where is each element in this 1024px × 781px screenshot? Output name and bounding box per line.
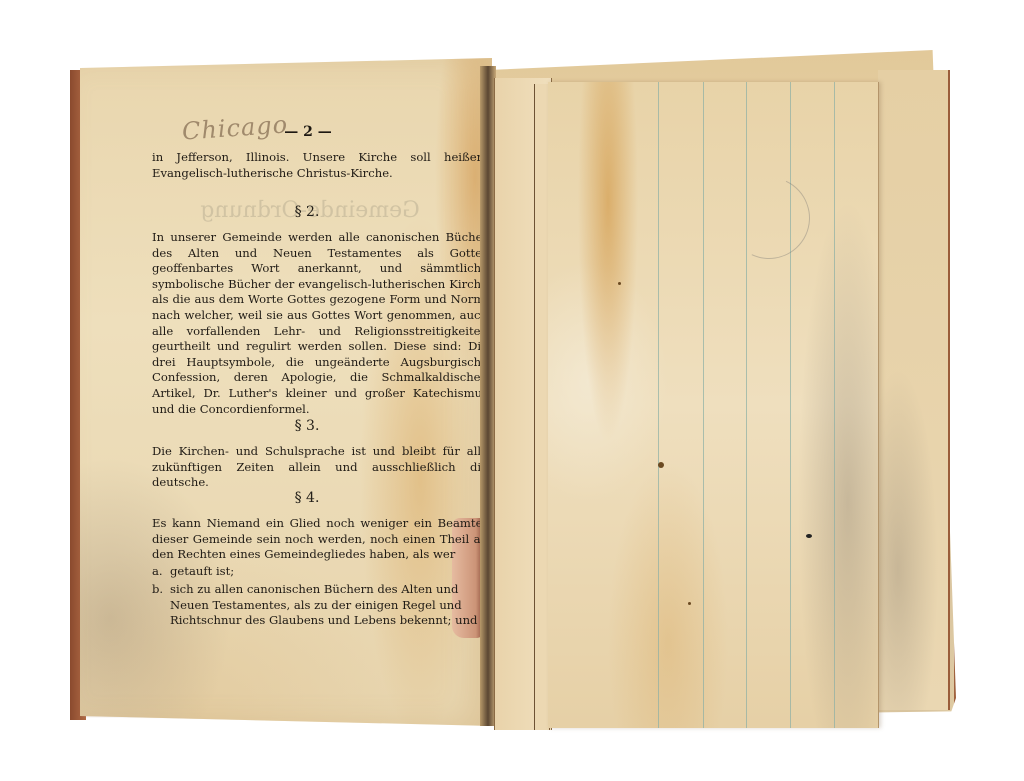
list-item: b. sich zu allen canonischen Büchern des… [152,582,488,629]
rule-line [658,82,659,728]
stain-spot [618,282,621,285]
pencil-mark [716,165,821,270]
page-number: — 2 — [268,124,348,140]
section-heading-3: § 3. [152,418,462,434]
section-2-text: In unserer Gemeinde werden alle canonisc… [152,230,488,417]
list-marker: b. [152,582,166,598]
section-3-body: Die Kirchen- und Schulsprache ist und bl… [152,444,488,491]
rule-line [746,82,747,728]
rule-line [834,82,835,728]
intro-text: in Jefferson, Illinois. Unsere Kirche so… [152,150,488,181]
list-text: getauft ist; [170,564,488,580]
section-heading-4: § 4. [152,490,462,506]
left-page: Gemeinde-Ordnung Chicago — 2 — in Jeffer… [80,58,492,726]
list-item: a. getauft ist; [152,564,488,580]
section-heading-2: § 2. [152,204,462,220]
right-outer-leaf [878,70,950,710]
section-2-body: In unserer Gemeinde werden alle canonisc… [152,230,488,417]
stain-spot [658,462,664,468]
open-booklet: Gemeinde-Ordnung Chicago — 2 — in Jeffer… [0,0,1024,781]
section-3-text: Die Kirchen- und Schulsprache ist und bl… [152,444,488,491]
list-text: sich zu allen canonischen Büchern des Al… [170,582,488,629]
right-ruled-page [548,82,879,728]
section-4-text: Es kann Niemand ein Glied noch weniger e… [152,516,488,563]
stain-spot [688,602,691,605]
section-4-body: Es kann Niemand ein Glied noch weniger e… [152,516,488,563]
rule-line [703,82,704,728]
list-marker: a. [152,564,166,580]
stain-spot [806,534,812,538]
intro-paragraph: in Jefferson, Illinois. Unsere Kirche so… [152,150,488,181]
rule-line [790,82,791,728]
